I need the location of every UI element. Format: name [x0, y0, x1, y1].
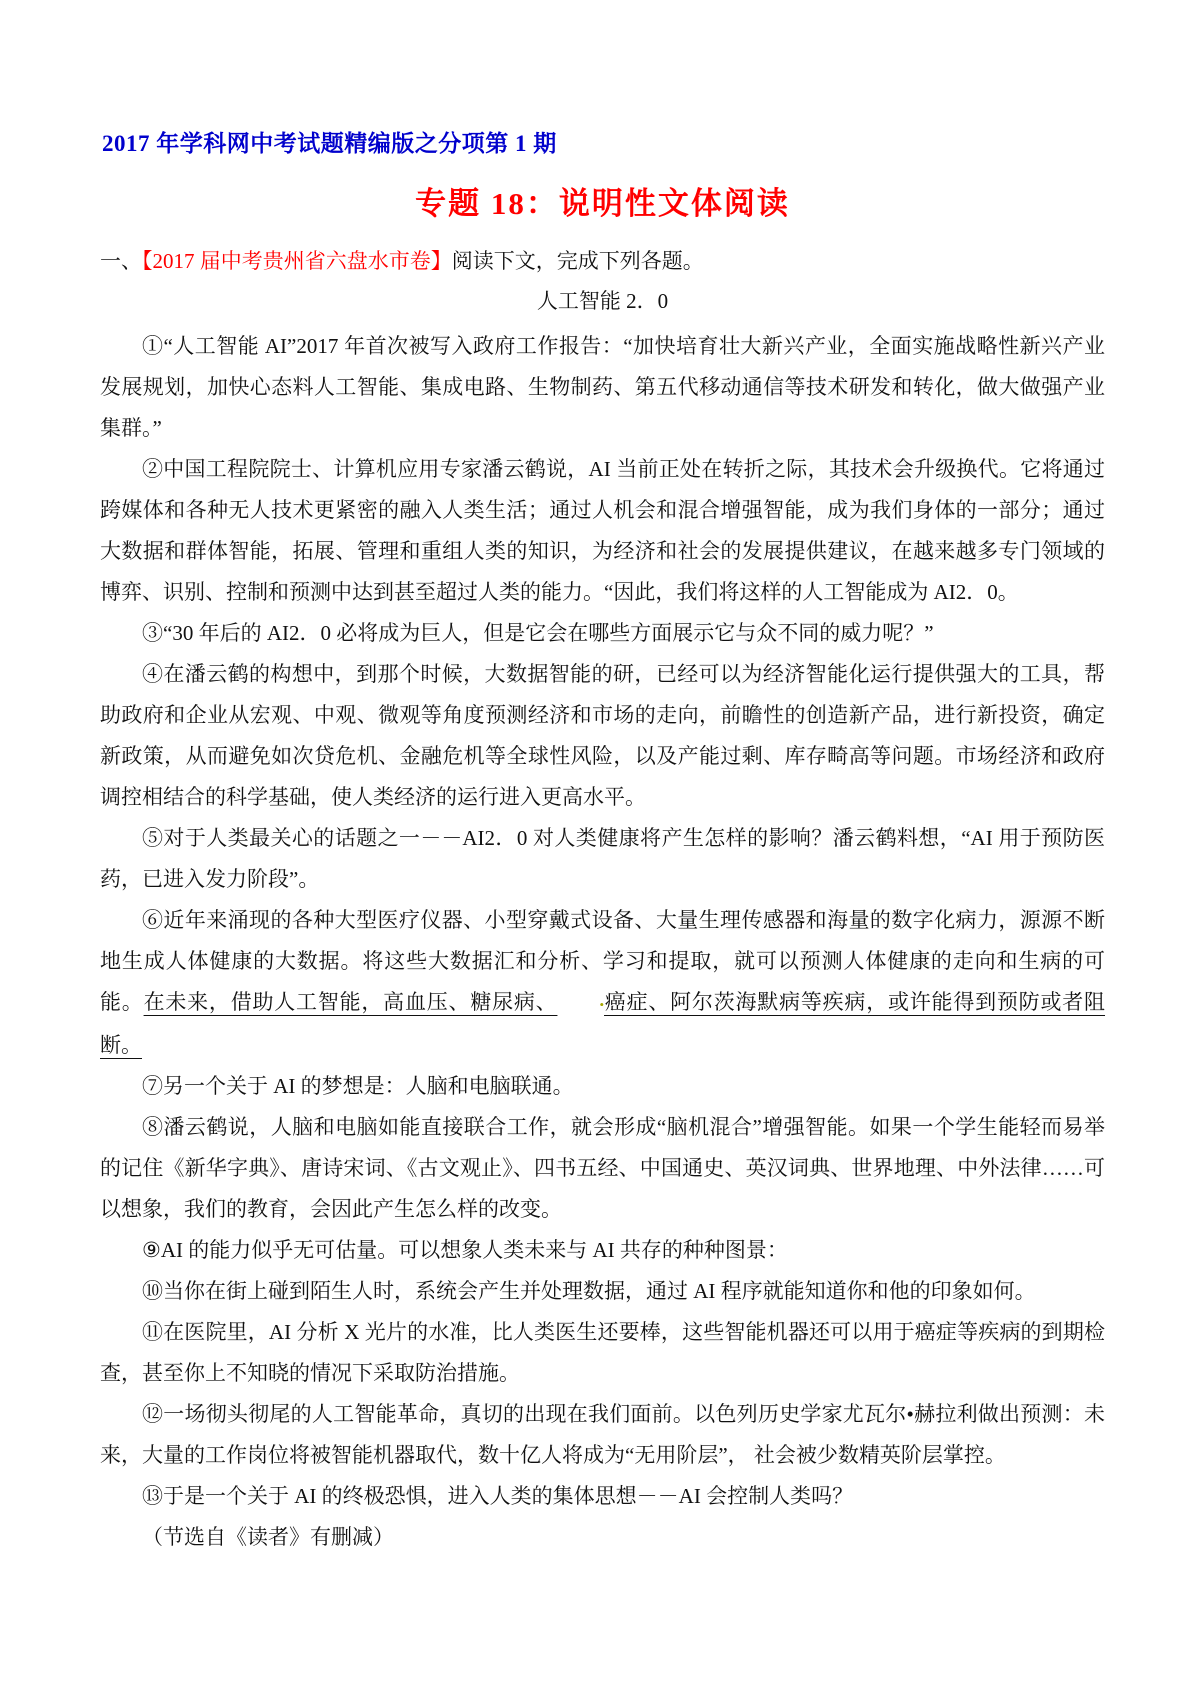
paragraph-13: ⑬于是一个关于 AI 的终极恐惧，进入人类的集体思想－－AI 会控制人类吗？	[100, 1476, 1105, 1517]
paragraph-6: ⑥近年来涌现的各种大型医疗仪器、小型穿戴式设备、大量生理传感器和海量的数字化病力…	[100, 900, 1105, 1066]
paragraph-4: ④在潘云鹤的构想中，到那个时候，大数据智能的研，已经可以为经济智能化运行提供强大…	[100, 654, 1105, 818]
article-title: 人工智能 2．0	[100, 284, 1105, 318]
paragraph-1: ①“人工智能 AI”2017 年首次被写入政府工作报告：“加快培育壮大新兴产业，…	[100, 326, 1105, 449]
section-number: 一、	[100, 249, 142, 273]
page-title: 专题 18：说明性文体阅读	[100, 184, 1105, 224]
highlight-dot-icon: •	[557, 984, 604, 1025]
paragraph-7: ⑦另一个关于 AI 的梦想是：人脑和电脑联通。	[100, 1066, 1105, 1107]
paragraph-3: ③“30 年后的 AI2．0 必将成为巨人，但是它会在哪些方面展示它与众不同的威…	[100, 613, 1105, 654]
section-heading: 一、【2017 届中考贵州省六盘水市卷】阅读下文，完成下列各题。	[100, 246, 1105, 276]
paragraph-12: ⑫一场彻头彻尾的人工智能革命，真切的出现在我们面前。以色列历史学家尤瓦尔•赫拉利…	[100, 1394, 1105, 1476]
section-instruction: 阅读下文，完成下列各题。	[452, 249, 704, 273]
paragraph-2: ②中国工程院院士、计算机应用专家潘云鹤说，AI 当前正处在转折之际，其技术会升级…	[100, 449, 1105, 613]
document-page: 2017 年学科网中考试题精编版之分项第 1 期 专题 18：说明性文体阅读 一…	[0, 0, 1200, 1698]
underline-part-a: 在未来，借助人工智能，高血压、糖尿病、	[144, 990, 558, 1014]
document-header: 2017 年学科网中考试题精编版之分项第 1 期	[102, 130, 1105, 158]
paragraph-11: ⑪在医院里，AI 分析 X 光片的水准，比人类医生还要棒，这些智能机器还可以用于…	[100, 1312, 1105, 1394]
source-credit: （节选自《读者》有删减）	[100, 1517, 1105, 1558]
paragraph-5: ⑤对于人类最关心的话题之一－－AI2．0 对人类健康将产生怎样的影响？潘云鹤料想…	[100, 818, 1105, 900]
article-body: ①“人工智能 AI”2017 年首次被写入政府工作报告：“加快培育壮大新兴产业，…	[100, 326, 1105, 1558]
paragraph-10: ⑩当你在街上碰到陌生人时，系统会产生并处理数据，通过 AI 程序就能知道你和他的…	[100, 1271, 1105, 1312]
paragraph-9: ⑨AI 的能力似乎无可估量。可以想象人类未来与 AI 共存的种种图景：	[100, 1230, 1105, 1271]
underlined-sentence: 在未来，借助人工智能，高血压、糖尿病、•癌症、阿尔茨海默病等疾病，或许能得到预防…	[100, 990, 1105, 1057]
paragraph-8: ⑧潘云鹤说，人脑和电脑如能直接联合工作，就会形成“脑机混合”增强智能。如果一个学…	[100, 1107, 1105, 1230]
exam-source-tag: 【2017 届中考贵州省六盘水市卷】	[142, 249, 452, 273]
